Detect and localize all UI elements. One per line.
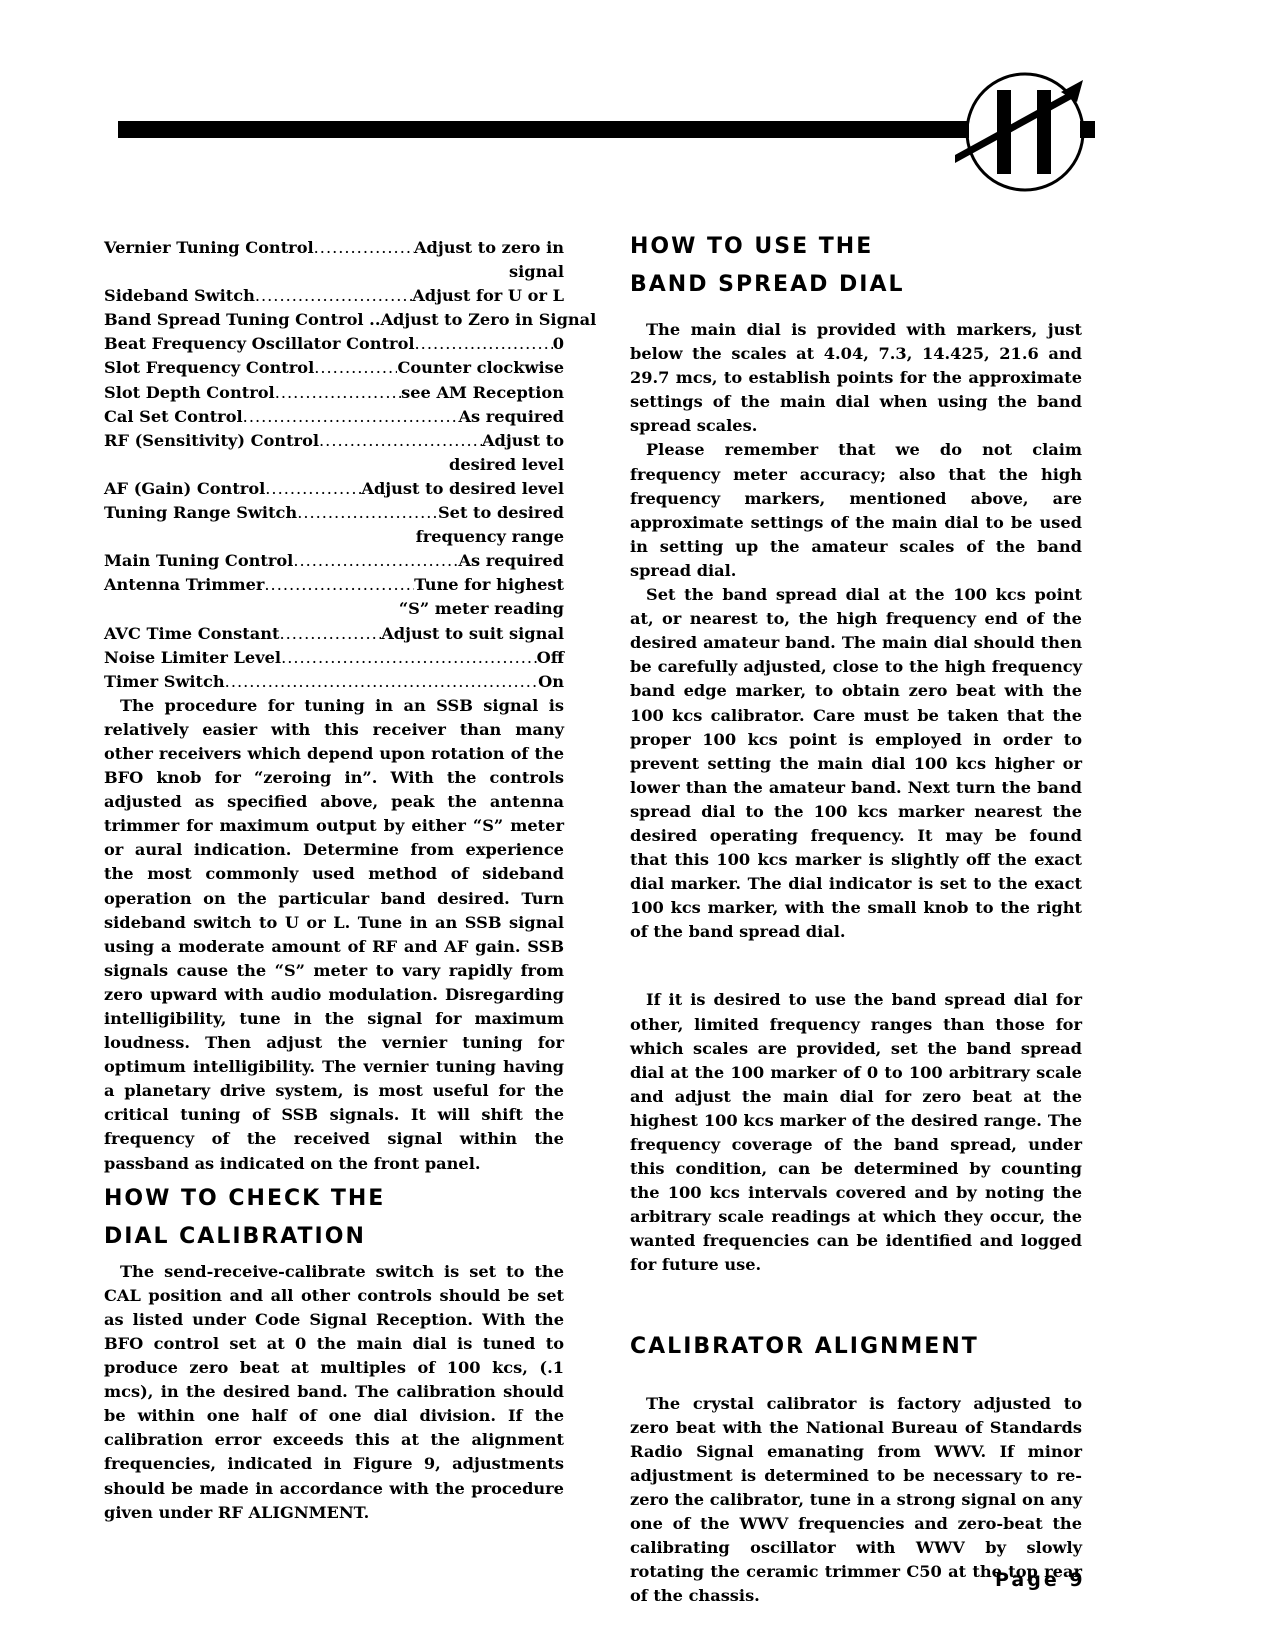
control-value-continued: signal xyxy=(104,260,564,284)
leader-dots xyxy=(243,405,459,429)
control-value-continued: desired level xyxy=(104,453,564,477)
control-name: AF (Gain) Control xyxy=(104,477,265,501)
control-setting-row: Cal Set Control As required xyxy=(104,405,564,429)
control-value: 0 xyxy=(553,332,564,356)
band-spread-paragraph-2: Please remember that we do not claim fre… xyxy=(630,438,1082,583)
control-setting-row: Beat Frequency Oscillator Control 0 xyxy=(104,332,564,356)
leader-dots xyxy=(293,549,458,573)
control-name: Beat Frequency Oscillator Control xyxy=(104,332,415,356)
leader-dots xyxy=(225,670,538,694)
leader-dots xyxy=(275,381,401,405)
control-value: Adjust to Zero in Signal xyxy=(380,308,596,332)
control-setting-row: AF (Gain) Control Adjust to desired leve… xyxy=(104,477,564,501)
control-setting-row: Sideband Switch Adjust for U or L xyxy=(104,284,564,308)
leader-dots xyxy=(264,573,414,597)
control-value: Tune for highest xyxy=(414,573,564,597)
band-spread-paragraph-3: Set the band spread dial at the 100 kcs … xyxy=(630,583,1082,944)
left-column: Vernier Tuning ControlAdjust to zero ins… xyxy=(104,236,564,1525)
band-spread-heading-line2: BAND SPREAD DIAL xyxy=(630,266,1082,304)
control-name: Cal Set Control xyxy=(104,405,243,429)
dial-calibration-heading-line2: DIAL CALIBRATION xyxy=(104,1218,564,1256)
control-name: Tuning Range Switch xyxy=(104,501,297,525)
leader-dots xyxy=(280,622,382,646)
control-value: Set to desired xyxy=(438,501,564,525)
control-setting-row: Noise Limiter LevelOff xyxy=(104,646,564,670)
leader-dots xyxy=(314,236,414,260)
control-name: Timer Switch xyxy=(104,670,225,694)
right-column: HOW TO USE THE BAND SPREAD DIAL The main… xyxy=(630,228,1082,1608)
dial-calibration-paragraph: The send-receive-calibrate switch is set… xyxy=(104,1260,564,1525)
control-value: Adjust to desired level xyxy=(361,477,564,501)
control-setting-row: Timer Switch On xyxy=(104,670,564,694)
leader-dots xyxy=(415,332,553,356)
calibrator-alignment-heading: CALIBRATOR ALIGNMENT xyxy=(630,1328,1082,1366)
leader-dots xyxy=(255,284,412,308)
control-setting-row: Band Spread Tuning Control .. Adjust to … xyxy=(104,308,564,332)
control-value: Adjust to zero in xyxy=(414,236,564,260)
header-rule xyxy=(118,121,973,138)
control-value: Off xyxy=(537,646,564,670)
control-name: AVC Time Constant xyxy=(104,622,280,646)
page-number: Page 9 xyxy=(995,1569,1086,1591)
control-setting-row: Tuning Range SwitchSet to desired xyxy=(104,501,564,525)
leader-dots xyxy=(319,429,482,453)
band-spread-paragraph-4: If it is desired to use the band spread … xyxy=(630,988,1082,1277)
control-value-continued: frequency range xyxy=(104,525,564,549)
control-name: Slot Depth Control xyxy=(104,381,275,405)
control-name: RF (Sensitivity) Control xyxy=(104,429,319,453)
ssb-tuning-paragraph: The procedure for tuning in an SSB signa… xyxy=(104,694,564,1176)
control-setting-row: Slot Depth Controlsee AM Reception xyxy=(104,381,564,405)
control-value: Adjust for U or L xyxy=(412,284,564,308)
control-value: As required xyxy=(458,549,564,573)
control-name: Slot Frequency Control xyxy=(104,356,314,380)
dial-calibration-heading-line1: HOW TO CHECK THE xyxy=(104,1180,564,1218)
control-setting-row: Antenna Trimmer Tune for highest xyxy=(104,573,564,597)
control-value: Adjust to suit signal xyxy=(381,622,564,646)
leader-dots xyxy=(265,477,361,501)
control-value: Counter clockwise xyxy=(397,356,564,380)
control-setting-row: AVC Time ConstantAdjust to suit signal xyxy=(104,622,564,646)
control-setting-row: RF (Sensitivity) ControlAdjust to xyxy=(104,429,564,453)
band-spread-paragraph-1: The main dial is provided with markers, … xyxy=(630,318,1082,438)
control-name: Noise Limiter Level xyxy=(104,646,281,670)
control-value: On xyxy=(538,670,564,694)
control-name: Main Tuning Control xyxy=(104,549,293,573)
control-value: As required xyxy=(458,405,564,429)
control-value-continued: “S” meter reading xyxy=(104,597,564,621)
leader-dots xyxy=(297,501,438,525)
control-name: Sideband Switch xyxy=(104,284,255,308)
control-name: Vernier Tuning Control xyxy=(104,236,314,260)
hallicrafters-logo-icon xyxy=(955,62,1095,202)
leader-dots xyxy=(281,646,537,670)
leader-dots xyxy=(314,356,397,380)
control-settings-list: Vernier Tuning ControlAdjust to zero ins… xyxy=(104,236,564,694)
control-setting-row: Slot Frequency ControlCounter clockwise xyxy=(104,356,564,380)
control-setting-row: Main Tuning Control As required xyxy=(104,549,564,573)
control-setting-row: Vernier Tuning ControlAdjust to zero in xyxy=(104,236,564,260)
control-value: see AM Reception xyxy=(401,381,564,405)
control-name: Band Spread Tuning Control .. xyxy=(104,308,380,332)
control-value: Adjust to xyxy=(482,429,564,453)
band-spread-heading-line1: HOW TO USE THE xyxy=(630,228,1082,266)
control-name: Antenna Trimmer xyxy=(104,573,264,597)
